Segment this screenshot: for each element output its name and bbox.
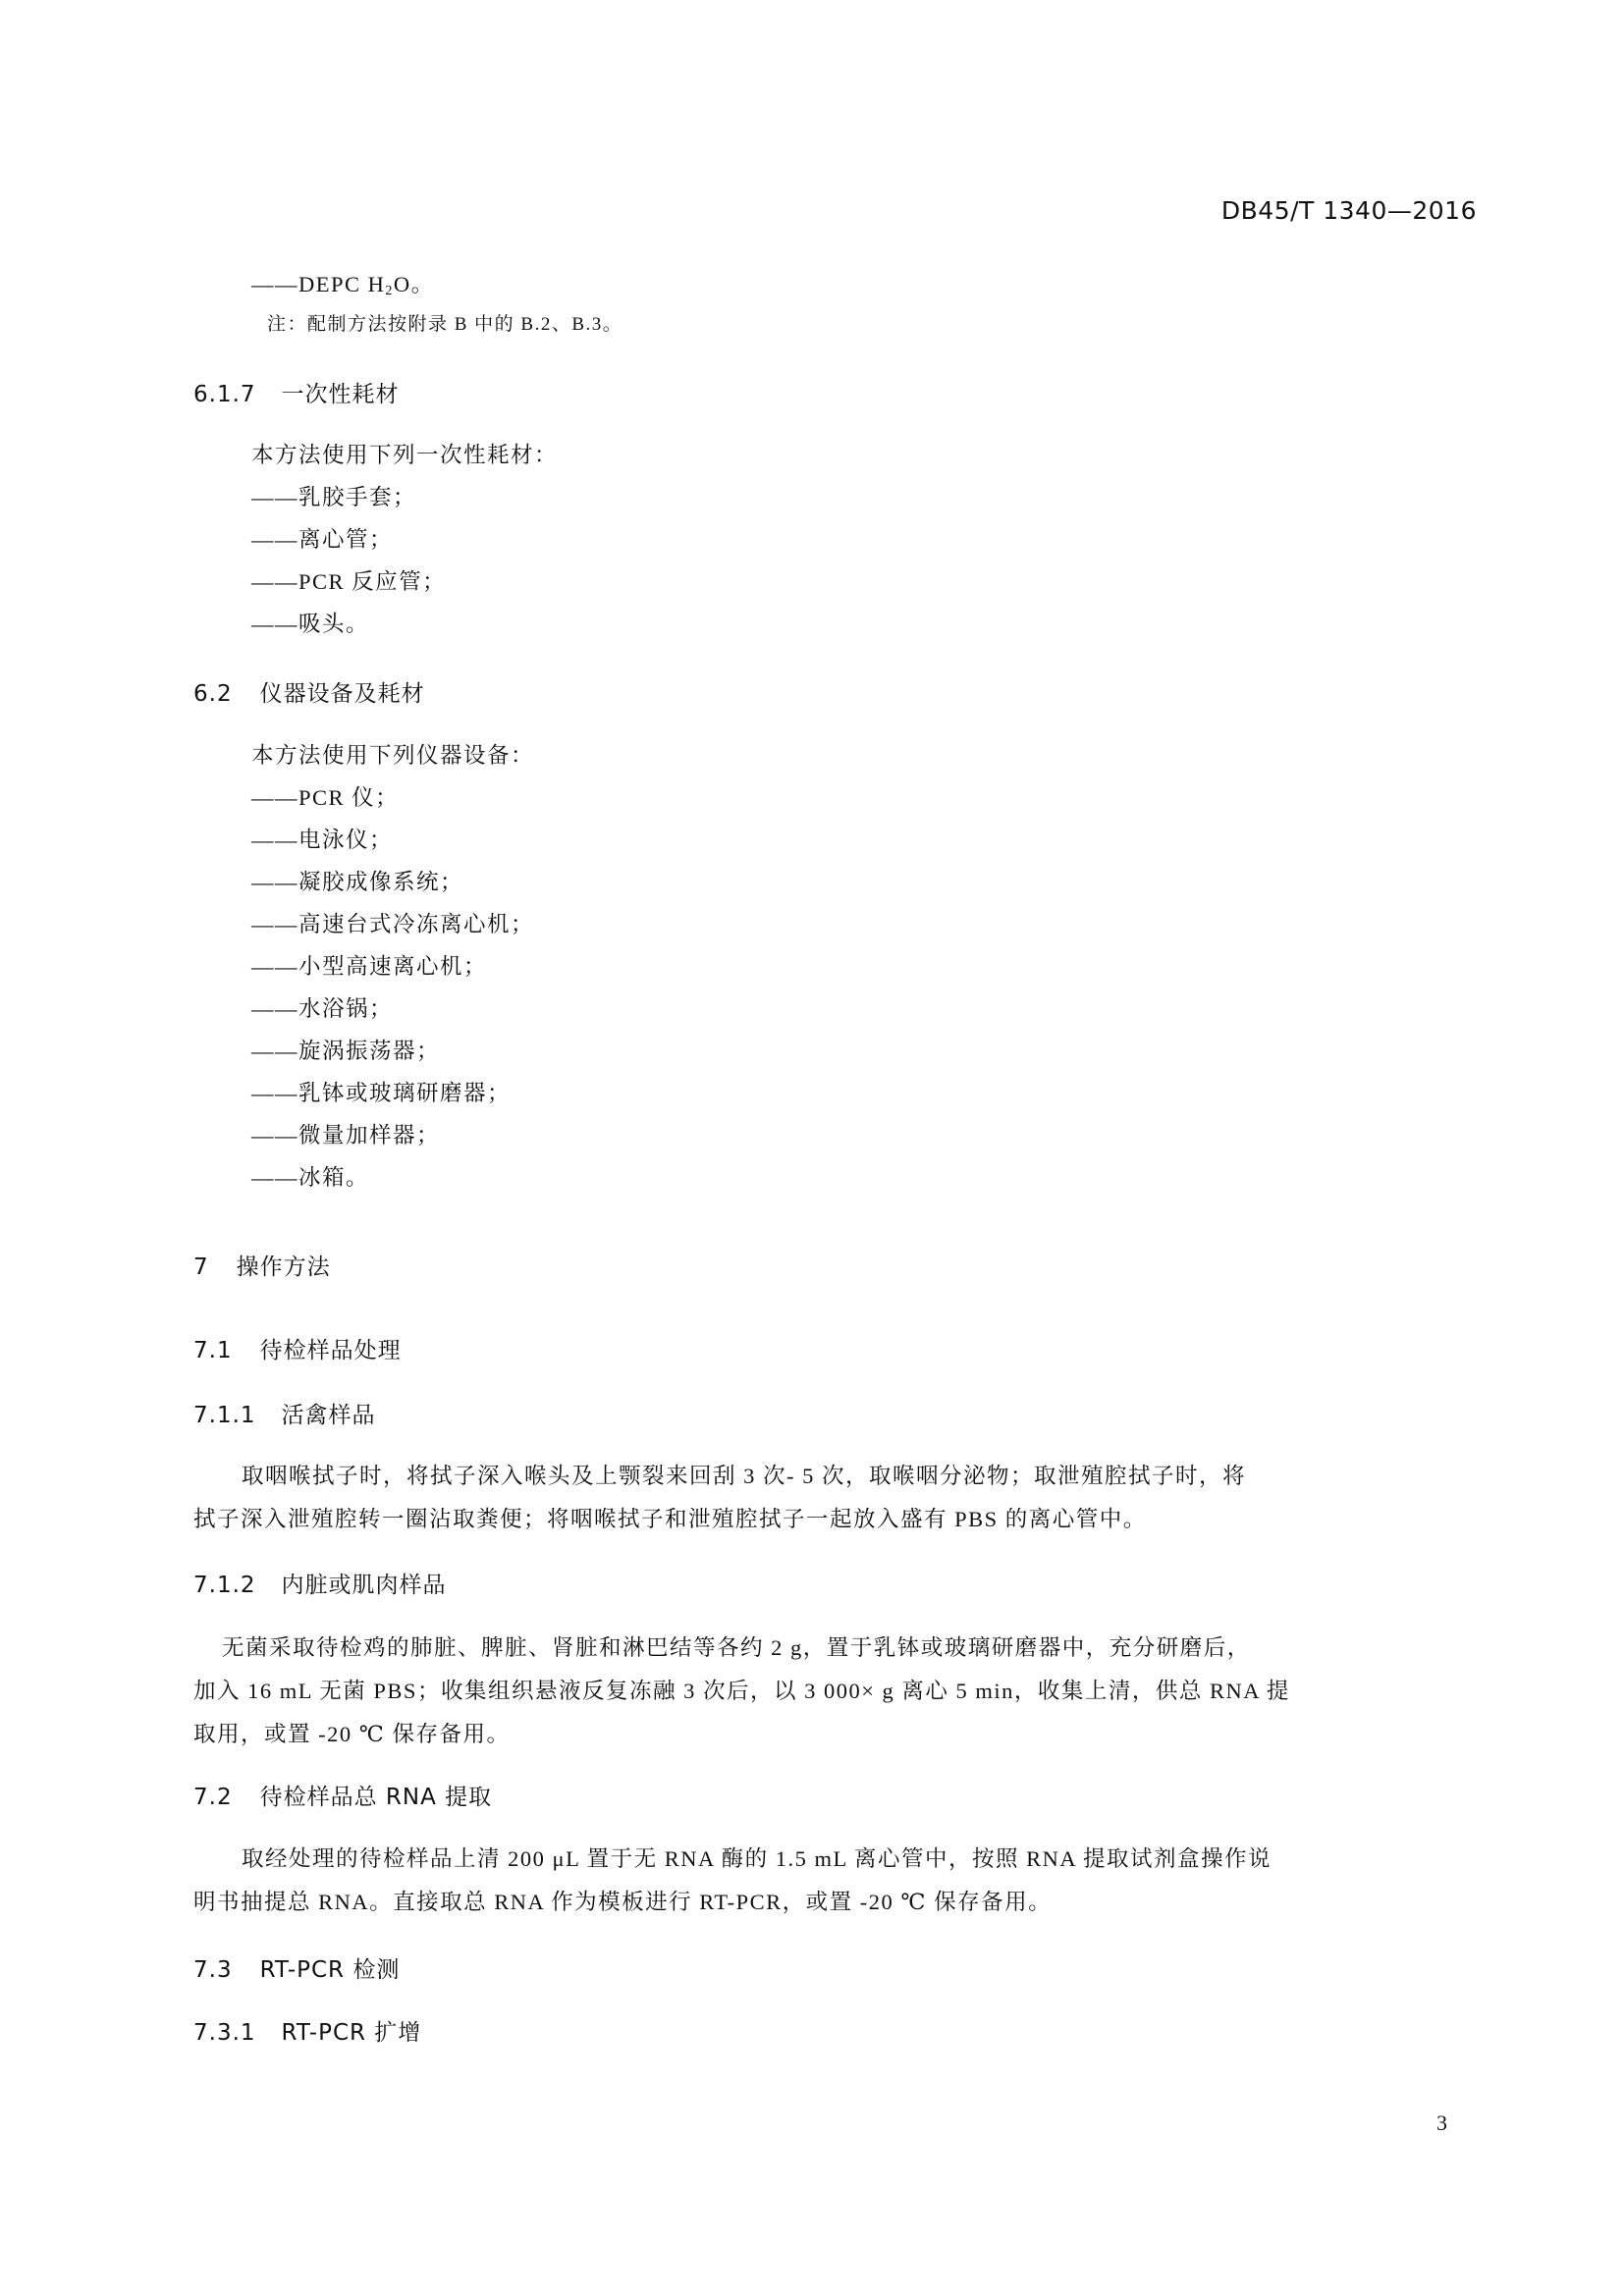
section-heading-6-2: 6.2仪器设备及耗材 (193, 675, 425, 708)
section-title: RT-PCR 扩增 (282, 2020, 422, 2046)
section-title: RT-PCR 检测 (260, 1957, 401, 1983)
page-number: 3 (1436, 2110, 1447, 2136)
section-title: 内脏或肌肉样品 (282, 1573, 447, 1598)
paragraph-line: 取经处理的待检样品上清 200 μL 置于无 RNA 酶的 1.5 mL 离心管… (242, 1842, 1272, 1873)
list-item-prefix: ——DEPC H (251, 272, 385, 296)
paragraph-line: 无菌采取待检鸡的肺脏、脾脏、肾脏和淋巴结等各约 2 g，置于乳钵或玻璃研磨器中，… (222, 1630, 1251, 1662)
section-number: 6.2 (193, 681, 233, 707)
section-number: 6.1.7 (193, 382, 256, 407)
section-number: 7.3 (193, 1957, 233, 1983)
paragraph-line: 明书抽提总 RNA。直接取总 RNA 作为模板进行 RT-PCR，或置 -20 … (193, 1885, 1052, 1916)
section-heading-7: 7操作方法 (193, 1249, 331, 1281)
paragraph-line: 拭子深入泄殖腔转一圈沾取粪便；将咽喉拭子和泄殖腔拭子一起放入盛有 PBS 的离心… (193, 1502, 1147, 1533)
section-title: 操作方法 (237, 1255, 331, 1280)
section-number: 7.1 (193, 1338, 233, 1363)
list-item: ——吸头。 (251, 607, 369, 638)
paragraph-line: 加入 16 mL 无菌 PBS；收集组织悬液反复冻融 3 次后，以 3 000×… (193, 1674, 1290, 1705)
section-heading-7-1-2: 7.1.2内脏或肌肉样品 (193, 1567, 447, 1599)
list-item: ——乳胶手套； (251, 480, 416, 511)
paragraph-line: 取咽喉拭子时，将拭子深入喉头及上颚裂来回刮 3 次- 5 次，取喉咽分泌物；取泄… (242, 1459, 1246, 1490)
section-heading-7-3: 7.3RT-PCR 检测 (193, 1951, 400, 1984)
list-item: ——小型高速离心机； (251, 949, 487, 981)
list-item-suffix: O。 (394, 272, 435, 296)
list-item: ——PCR 反应管； (251, 564, 446, 596)
section-number: 7.3.1 (193, 2020, 256, 2046)
list-item-depc-water: ——DEPC H2O。 (251, 267, 435, 299)
list-item: ——乳钵或玻璃研磨器； (251, 1076, 511, 1107)
section-title: 仪器设备及耗材 (260, 681, 425, 707)
section-heading-7-2: 7.2待检样品总 RNA 提取 (193, 1779, 492, 1811)
section-heading-6-1-7: 6.1.7一次性耗材 (193, 376, 400, 408)
section-number: 7.1.2 (193, 1573, 256, 1598)
section-number: 7 (193, 1255, 209, 1280)
section-heading-7-1-1: 7.1.1活禽样品 (193, 1397, 376, 1429)
section-title: 待检样品总 RNA 提取 (260, 1785, 493, 1810)
list-item: ——高速台式冷冻离心机； (251, 907, 534, 938)
list-item: ——旋涡振荡器； (251, 1034, 440, 1065)
section-heading-7-1: 7.1待检样品处理 (193, 1332, 402, 1364)
list-item: ——微量加样器； (251, 1118, 440, 1149)
section-title: 活禽样品 (282, 1403, 376, 1428)
document-code-header: DB45/T 1340—2016 (1221, 196, 1477, 225)
list-item: ——离心管； (251, 522, 393, 554)
list-item: ——水浴锅； (251, 991, 393, 1023)
section-title: 待检样品处理 (260, 1338, 402, 1363)
section-number: 7.1.1 (193, 1403, 256, 1428)
subscript: 2 (385, 284, 394, 298)
intro-text: 本方法使用下列一次性耗材： (251, 438, 558, 469)
section-heading-7-3-1: 7.3.1RT-PCR 扩增 (193, 2014, 421, 2047)
list-item: ——凝胶成像系统； (251, 865, 463, 896)
list-item: ——PCR 仪； (251, 780, 399, 812)
note-text: 注：配制方法按附录 B 中的 B.2、B.3。 (267, 309, 623, 336)
intro-text: 本方法使用下列仪器设备： (251, 738, 534, 770)
paragraph-line: 取用，或置 -20 ℃ 保存备用。 (193, 1717, 511, 1748)
list-item: ——电泳仪； (251, 823, 393, 854)
section-title: 一次性耗材 (282, 382, 400, 407)
list-item: ——冰箱。 (251, 1160, 369, 1192)
section-number: 7.2 (193, 1785, 233, 1810)
